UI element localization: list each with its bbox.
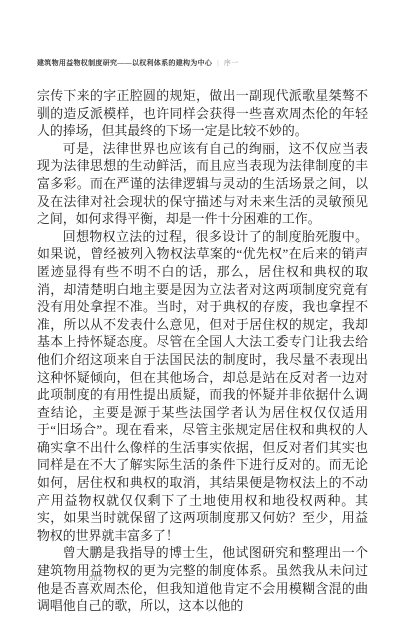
- section-label: 序一: [224, 59, 239, 67]
- book-title: 建筑物用益物权制度研究——以权利体系的建构为中心: [37, 59, 212, 67]
- header-separator: |: [217, 59, 219, 67]
- paragraph: 曾大鹏是我指导的博士生，他试图研究和整理出一个建筑物用益物权的更为完整的制度体系…: [37, 545, 368, 615]
- paragraph: 回想物权立法的过程，很多设计了的制度胎死腹中。如果说，曾经被列入物权法草案的“优…: [37, 229, 368, 546]
- running-header: 建筑物用益物权制度研究——以权利体系的建构为中心|序一: [37, 58, 374, 68]
- paragraph: 可是，法律世界也应该有自己的绚丽，这不仅应当表现为法律思想的生动鲜活，而且应当表…: [37, 141, 368, 229]
- page-number: 002: [89, 576, 102, 583]
- paragraph: 宗传下来的字正腔圆的规矩，做出一副现代派歌星桀骜不驯的造反派模样，也许同样会获得…: [37, 88, 368, 141]
- body-text: 宗传下来的字正腔圆的规矩，做出一副现代派歌星桀骜不驯的造反派模样，也许同样会获得…: [37, 88, 368, 616]
- book-page: 建筑物用益物权制度研究——以权利体系的建构为中心|序一 宗传下来的字正腔圆的规矩…: [0, 0, 404, 622]
